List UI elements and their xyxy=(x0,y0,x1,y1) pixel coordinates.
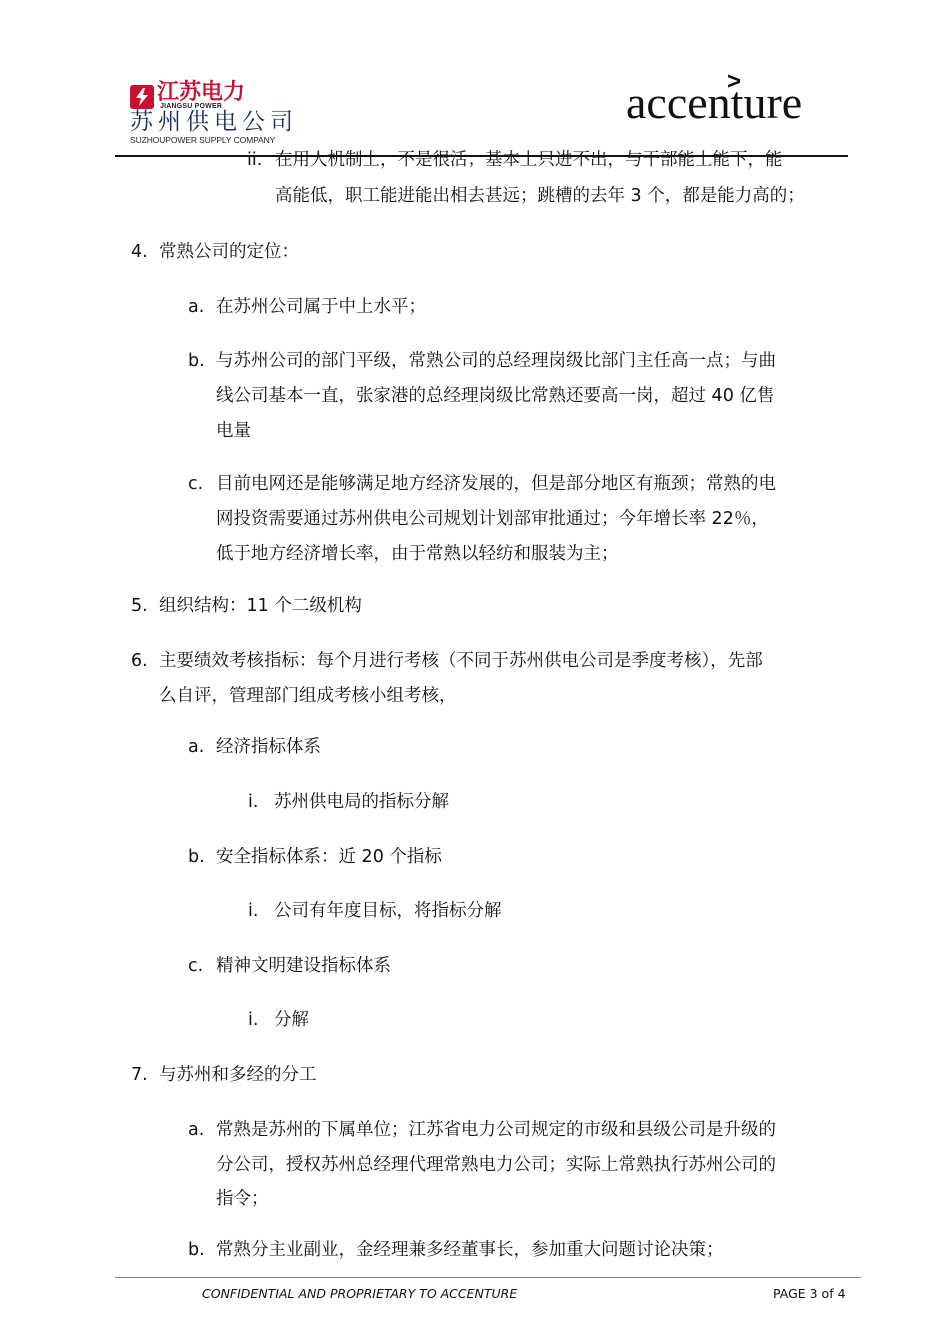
list-marker: c. xyxy=(188,954,203,978)
list-item-text: 低于地方经济增长率，由于常熟以轻纺和服装为主； xyxy=(216,542,619,566)
lightning-logo-icon xyxy=(130,85,154,109)
list-marker: ii. xyxy=(247,148,262,172)
list-item-text: 组织结构：11 个二级机构 xyxy=(159,594,362,618)
list-item-text: 在苏州公司属于中上水平； xyxy=(216,295,426,319)
list-item-text: 安全指标体系：近 20 个指标 xyxy=(216,845,442,869)
logo-cn-main: 苏州供电公司 xyxy=(130,109,298,135)
confidential-notice: CONFIDENTIAL AND PROPRIETARY TO ACCENTUR… xyxy=(202,1286,517,1301)
list-item-text: 经济指标体系 xyxy=(216,735,321,759)
footer-divider xyxy=(115,1277,861,1278)
list-marker: b. xyxy=(188,845,205,869)
list-marker: 7. xyxy=(131,1063,148,1087)
list-item-text: 苏州供电局的指标分解 xyxy=(274,790,449,814)
list-item-text: 高能低，职工能进能出相去甚远；跳槽的去年 3 个，都是能力高的； xyxy=(275,184,805,208)
accenture-logo: > accenture xyxy=(626,72,846,128)
list-item-text: 常熟分主业副业，金经理兼多经董事长，参加重大问题讨论决策； xyxy=(216,1238,724,1262)
list-marker: a. xyxy=(188,295,204,319)
list-marker: 6. xyxy=(131,649,148,673)
list-marker: a. xyxy=(188,735,204,759)
list-item-text: 电量 xyxy=(216,419,251,443)
list-item-text: 公司有年度目标，将指标分解 xyxy=(274,899,502,923)
list-item-text: 分解 xyxy=(274,1008,309,1032)
list-item-text: 与苏州公司的部门平级，常熟公司的总经理岗级比部门主任高一点；与曲 xyxy=(216,349,776,373)
list-marker: i. xyxy=(248,790,258,814)
list-marker: c. xyxy=(188,472,203,496)
list-item-text: 目前电网还是能够满足地方经济发展的，但是部分地区有瓶颈；常熟的电 xyxy=(216,472,776,496)
page-number: PAGE 3 of 4 xyxy=(773,1286,846,1301)
list-item-text: 么自评，管理部门组成考核小组考核， xyxy=(159,684,457,708)
list-item-text: 分公司，授权苏州总经理代理常熟电力公司；实际上常熟执行苏州公司的 xyxy=(216,1153,776,1177)
list-item-text: 常熟公司的定位： xyxy=(159,240,299,264)
list-item-text: 线公司基本一直，张家港的总经理岗级比常熟还要高一岗，超过 40 亿售 xyxy=(216,384,774,408)
header-divider xyxy=(115,155,848,157)
list-marker: b. xyxy=(188,1238,205,1262)
list-marker: 5. xyxy=(131,594,148,618)
list-item-text: 指令； xyxy=(216,1187,269,1211)
list-marker: i. xyxy=(248,1008,258,1032)
list-marker: i. xyxy=(248,899,258,923)
list-marker: a. xyxy=(188,1118,204,1142)
list-item-text: 网投资需要通过苏州供电公司规划计划部审批通过；今年增长率 22％， xyxy=(216,507,769,531)
list-marker: b. xyxy=(188,349,205,373)
logo-en-main: SUZHOUPOWER SUPPLY COMPANY xyxy=(130,135,275,145)
list-item-text: 精神文明建设指标体系 xyxy=(216,954,391,978)
list-item-text: 在用人机制上，不是很活；基本上只进不出，与干部能上能下，能 xyxy=(275,148,783,172)
list-item-text: 常熟是苏州的下属单位；江苏省电力公司规定的市级和县级公司是升级的 xyxy=(216,1118,776,1142)
list-item-text: 与苏州和多经的分工 xyxy=(159,1063,317,1087)
jiangsu-power-logo: 江苏电力 JIANGSU POWER 苏州供电公司 SUZHOUPOWER SU… xyxy=(130,83,305,147)
document-page: 江苏电力 JIANGSU POWER 苏州供电公司 SUZHOUPOWER SU… xyxy=(0,0,950,1344)
logo-cn-top: 江苏电力 xyxy=(157,81,245,105)
list-item-text: 主要绩效考核指标：每个月进行考核（不同于苏州供电公司是季度考核），先部 xyxy=(159,649,763,673)
list-marker: 4. xyxy=(131,240,148,264)
accenture-wordmark: accenture xyxy=(626,78,802,128)
